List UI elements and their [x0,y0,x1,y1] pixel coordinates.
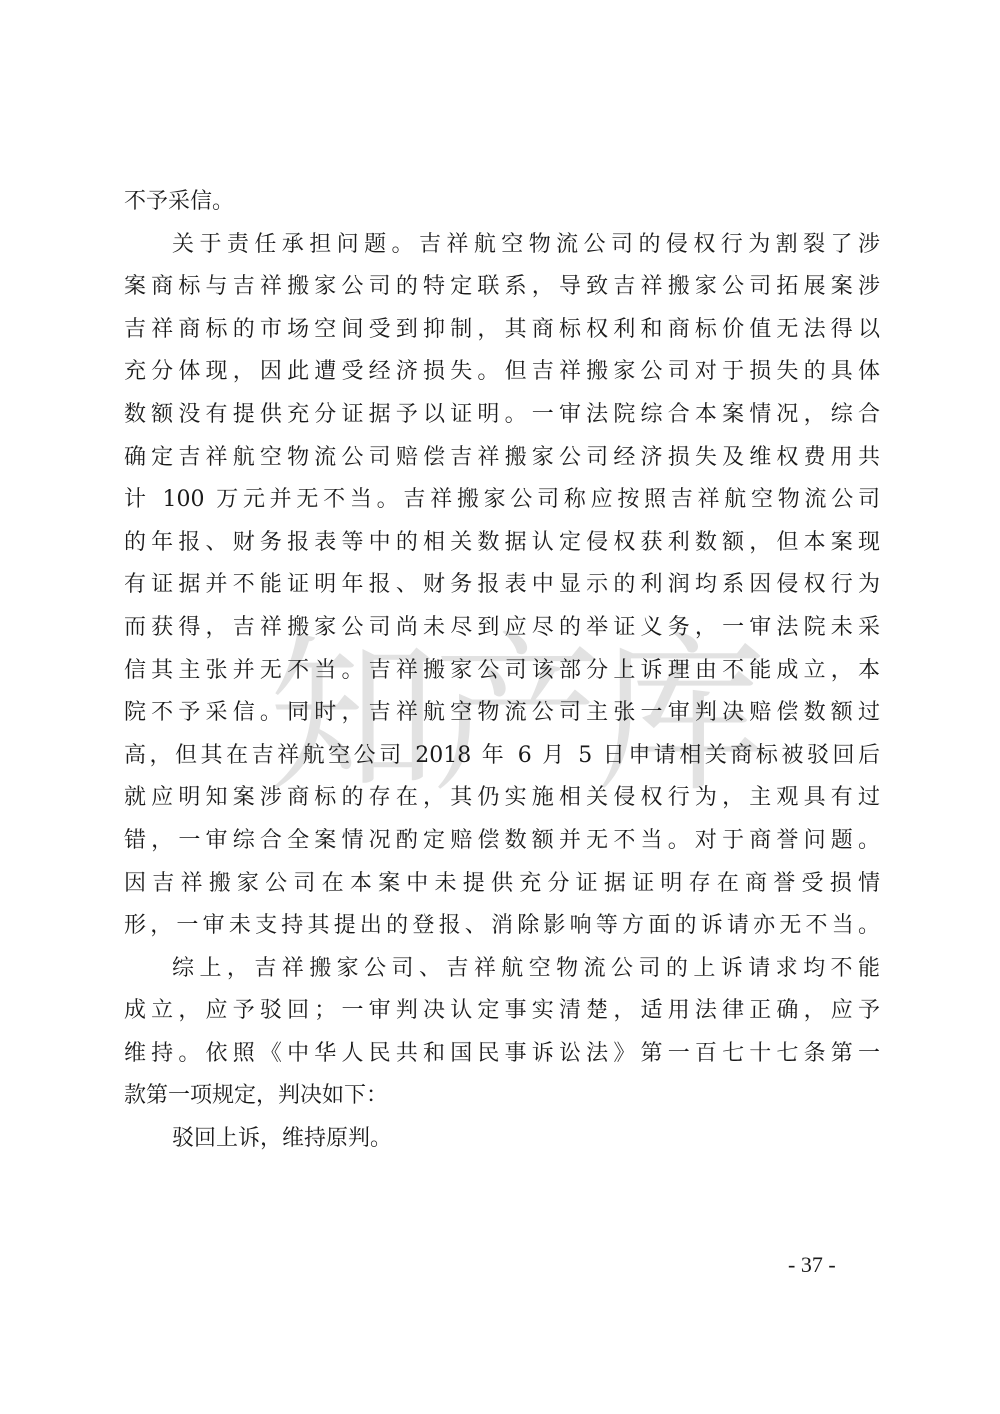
text-line: 案商标与吉祥搬家公司的特定联系，导致吉祥搬家公司拓展案涉 [124,271,880,314]
text-line: 形，一审未支持其提出的登报、消除影响等方面的诉请亦无不当。 [124,910,880,953]
text-line: 有证据并不能证明年报、财务报表中显示的利润均系因侵权行为 [124,569,880,612]
judgment-body-text: 不予采信。 关于责任承担问题。吉祥航空物流公司的侵权行为割裂了涉 案商标与吉祥搬… [124,186,880,1166]
text-line: 错，一审综合全案情况酌定赔偿数额并无不当。对于商誉问题。 [124,825,880,868]
text-line: 高，但其在吉祥航空公司 2018 年 6 月 5 日申请相关商标被驳回后 [124,740,880,783]
text-line: 信其主张并无不当。吉祥搬家公司该部分上诉理由不能成立，本 [124,655,880,698]
judgment-verdict: 驳回上诉，维持原判。 [124,1123,880,1166]
text-line: 院不予采信。同时，吉祥航空物流公司主张一审判决赔偿数额过 [124,697,880,740]
text-line: 吉祥商标的市场空间受到抑制，其商标权利和商标价值无法得以 [124,314,880,357]
text-line: 因吉祥搬家公司在本案中未提供充分证据证明存在商誉受损情 [124,868,880,911]
paragraph-conclusion-start: 综上，吉祥搬家公司、吉祥航空物流公司的上诉请求均不能 [124,953,880,996]
text-line: 确定吉祥航空物流公司赔偿吉祥搬家公司经济损失及维权费用共 [124,442,880,485]
text-line: 款第一项规定，判决如下： [124,1080,880,1123]
document-page: 知产库 不予采信。 关于责任承担问题。吉祥航空物流公司的侵权行为割裂了涉 案商标… [0,0,1000,1414]
text-line: 成立，应予驳回；一审判决认定事实清楚，适用法律正确，应予 [124,995,880,1038]
text-line: 充分体现，因此遭受经济损失。但吉祥搬家公司对于损失的具体 [124,356,880,399]
text-line: 数额没有提供充分证据予以证明。一审法院综合本案情况，综合 [124,399,880,442]
text-line: 计 100 万元并无不当。吉祥搬家公司称应按照吉祥航空物流公司 [124,484,880,527]
text-line: 而获得，吉祥搬家公司尚未尽到应尽的举证义务，一审法院未采 [124,612,880,655]
text-line: 维持。依照《中华人民共和国民事诉讼法》第一百七十七条第一 [124,1038,880,1081]
text-line: 不予采信。 [124,186,880,229]
page-number: - 37 - [788,1250,836,1280]
paragraph-liability-start: 关于责任承担问题。吉祥航空物流公司的侵权行为割裂了涉 [124,229,880,272]
text-line: 的年报、财务报表等中的相关数据认定侵权获利数额，但本案现 [124,527,880,570]
text-line: 就应明知案涉商标的存在，其仍实施相关侵权行为，主观具有过 [124,782,880,825]
